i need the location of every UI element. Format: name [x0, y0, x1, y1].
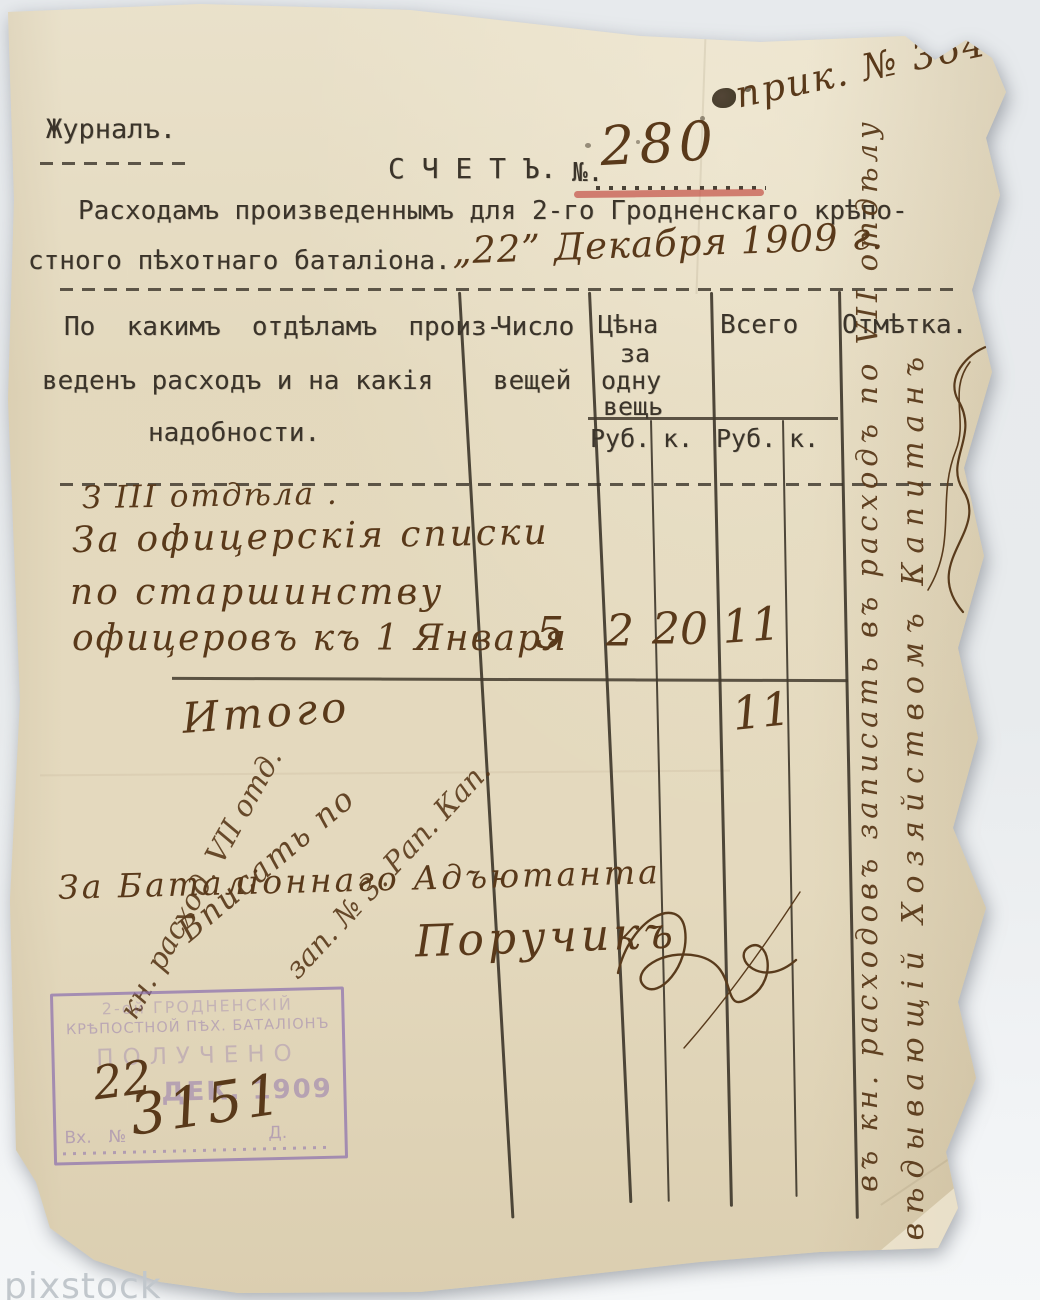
price-rub-subheader: Руб. — [590, 424, 650, 453]
col-desc-header-line1: По какимъ отдѣламъ произ- — [64, 312, 502, 342]
paper-crease — [40, 770, 730, 777]
col-price-header-line3: одну — [601, 366, 661, 395]
stamp-dotted-line — [63, 1146, 327, 1155]
stamp-number-sign: № — [108, 1127, 126, 1147]
col-price-header-line1: Цѣна — [598, 310, 658, 339]
stamp-unit-line2: КРѢПОСТНОЙ ПѢХ. БАТАЛІОНЪ — [54, 1015, 342, 1038]
table-subcolumn-line — [650, 420, 670, 1202]
ink-blot — [585, 143, 591, 148]
scanned-document-page: { "colors":{ "scan_background":"#e8ebed"… — [0, 0, 1040, 1300]
col-desc-header-line3: надобности. — [148, 418, 320, 448]
row-desc-line2: За офицерскія списки — [72, 512, 550, 561]
invoice-number-value: 280 — [598, 109, 719, 178]
paper-shadow-wrap: Журналъ. прик. № 364. С Ч Е Т Ъ. №. 280 … — [0, 0, 1040, 1300]
ink-blot — [712, 88, 736, 108]
total-kop-subheader: к. — [789, 424, 819, 453]
order-number-note: прик. № 364. — [731, 18, 1004, 116]
row-desc-line1: З III отдѣла . — [82, 476, 339, 516]
row-desc-line4: офицеровъ къ 1 Января — [72, 618, 568, 659]
row-price-kop-value: 20 — [652, 604, 708, 655]
signed-for-line: За Баталіоннаго Адъютанта — [58, 852, 662, 907]
total-rub-value: 11 — [729, 681, 793, 741]
signature-flourish — [600, 878, 830, 1058]
paper-sheet: Журналъ. прик. № 364. С Ч Е Т Ъ. №. 280 … — [0, 0, 1040, 1300]
col-qty-header-line1: Число — [496, 312, 574, 342]
table-column-line — [458, 292, 514, 1219]
invoice-number-label: №. — [572, 158, 603, 188]
invoice-title: С Ч Е Т Ъ. — [388, 152, 557, 185]
stock-watermark: pixstock — [4, 1266, 162, 1300]
col-total-header: Всего — [720, 310, 798, 340]
table-top-border — [60, 288, 958, 291]
body-text-line2: стного пѣхотнаго баталіона. — [28, 246, 451, 276]
table-subcolumn-line — [782, 420, 798, 1197]
price-kop-subheader: к. — [663, 424, 693, 453]
row-qty-value: 5 — [536, 608, 564, 659]
col-price-header-line4: вещь — [603, 392, 663, 421]
stamp-in-label: Вх. — [64, 1128, 92, 1149]
col-price-header-line2: за — [620, 339, 650, 368]
col-qty-header-line2: вещей — [493, 366, 571, 396]
margin-note-1: въ кн. расходовъ записать въ расходъ по … — [850, 312, 884, 1192]
row-price-rub-value: 2 — [606, 606, 634, 657]
row-bottom-rule — [172, 677, 848, 682]
total-label: Итого — [180, 682, 351, 743]
row-total-rub-value: 11 — [720, 596, 782, 654]
received-stamp: 2-ой ГРОДНЕНСКІЙ КРѢПОСТНОЙ ПѢХ. БАТАЛІО… — [50, 986, 348, 1165]
total-rub-subheader: Руб. — [716, 424, 776, 453]
col-desc-header-line2: веденъ расходъ и на какія — [42, 366, 433, 396]
journal-label: Журналъ. — [46, 114, 176, 145]
row-desc-line3: по старшинству — [70, 572, 444, 613]
journal-underline — [40, 162, 192, 165]
margin-signature-flourish — [908, 340, 998, 620]
